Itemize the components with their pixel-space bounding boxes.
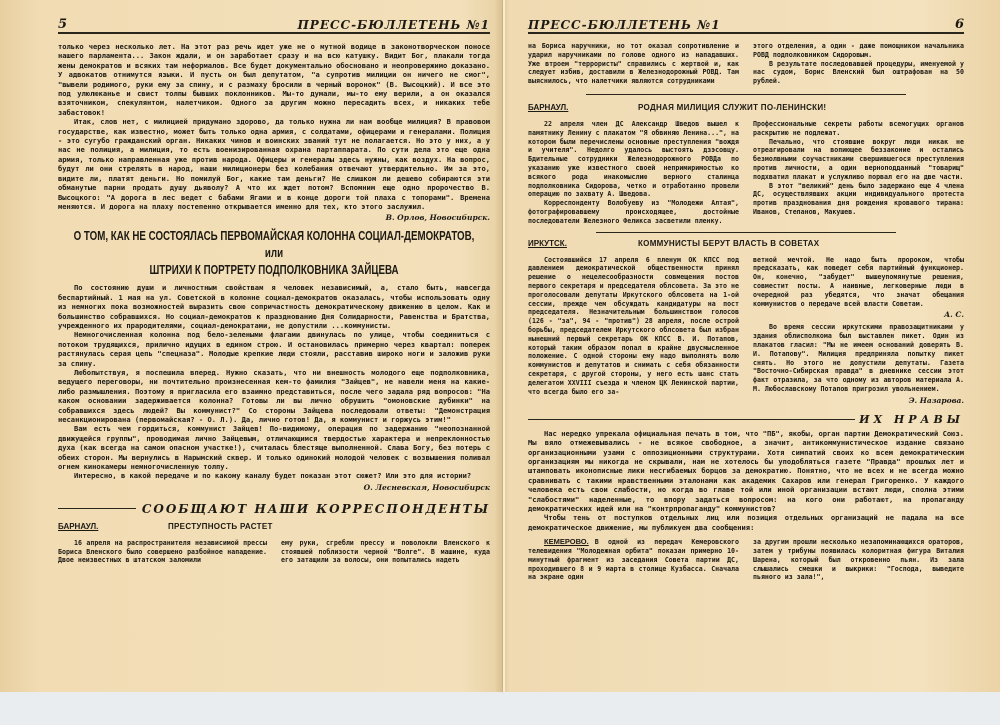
divider	[528, 419, 855, 420]
report-dateline: БАРНАУЛ. ПРЕСТУПНОСТЬ РАСТЕТ	[58, 522, 490, 531]
divider	[596, 232, 896, 233]
newspaper-spread: 5 ПРЕСС-БЮЛЛЕТЕНЬ №1 только через нескол…	[0, 0, 1000, 692]
right-page: ПРЕСС-БЮЛЛЕТЕНЬ №1 6 на Бориса наручники…	[528, 14, 964, 582]
continued-column-2: В результате последовавшей процедуры, им…	[753, 60, 964, 86]
report-city: КЕМЕРОВО.	[544, 537, 589, 546]
left-page: 5 ПРЕСС-БЮЛЛЕТЕНЬ №1 только через нескол…	[58, 14, 490, 565]
running-header: ПРЕСС-БЮЛЛЕТЕНЬ №1 6	[528, 14, 964, 34]
report-signature: Э. Назарова.	[753, 396, 964, 405]
report-city: ИРКУТСК.	[528, 239, 638, 248]
report-paragraph: В этот "великий" день было задержано еще…	[753, 182, 964, 217]
article-paragraph: Немногочисленная колонна под бело-зелены…	[58, 330, 490, 368]
report-column-1: 16 апреля на распространителя независимо…	[58, 539, 267, 565]
divider	[586, 94, 906, 95]
report-columns: Состоявшийся 17 апреля 6 пленум ОК КПСС …	[528, 256, 964, 409]
article-paragraph: Вам есть чем гордиться, коммунист Зайцев…	[58, 424, 490, 471]
section-header: ИХ НРАВЫ	[528, 413, 964, 426]
report-columns: 16 апреля на распространителя независимо…	[58, 539, 490, 565]
report-signature: А. С.	[753, 310, 964, 319]
article-paragraph: По состоянию души и личностным свойствам…	[58, 283, 490, 330]
headline-line: ШТРИХИ К ПОРТРЕТУ ПОДПОЛКОВНИКА ЗАЙЦЕВА	[67, 262, 482, 279]
report-dateline: ИРКУТСК. КОММУНИСТЫ БЕРУТ ВЛАСТЬ В СОВЕТ…	[528, 239, 964, 248]
article-paragraph: Интересно, в какой передаче и по какому …	[58, 471, 490, 480]
continued-columns: на Бориса наручники, но тот оказал сопро…	[528, 42, 964, 86]
page-fold	[503, 0, 505, 692]
report-paragraph: Во время сессии иркутскими правозащитник…	[753, 323, 964, 393]
report-paragraph: Корреспонденту Волобуеву из "Молодежи Ал…	[528, 199, 739, 225]
mores-paragraph: Чтобы тень от поступков отдельных лиц ил…	[528, 513, 964, 532]
article-headline: О ТОМ, КАК НЕ СОСТОЯЛАСЬ ПЕРВОМАЙСКАЯ КО…	[67, 228, 482, 279]
report-paragraph: 22 апреля член ДС Александр Шведов вышел…	[528, 120, 739, 199]
kemerovo-columns: КЕМЕРОВО.В одной из передач Кемеровского…	[528, 538, 964, 582]
section-title: ИХ НРАВЫ	[859, 413, 964, 426]
intro-paragraph: только через несколько лет. На этот раз …	[58, 42, 490, 117]
report-paragraph: ветной мечтой. Не надо быть пророком, чт…	[753, 256, 964, 309]
running-title: ПРЕСС-БЮЛЛЕТЕНЬ №1	[528, 18, 721, 32]
divider	[58, 508, 136, 509]
section-header: СООБЩАЮТ НАШИ КОРРЕСПОНДЕНТЫ	[58, 502, 490, 516]
report-title: РОДНАЯ МИЛИЦИЯ СЛУЖИТ ПО-ЛЕНИНСКИ!	[638, 103, 826, 112]
report-title: ПРЕСТУПНОСТЬ РАСТЕТ	[168, 522, 273, 531]
report-paragraph: Печально, что стоявшие вокруг люди никак…	[753, 138, 964, 182]
report-dateline: БАРНАУЛ. РОДНАЯ МИЛИЦИЯ СЛУЖИТ ПО-ЛЕНИНС…	[528, 103, 964, 112]
mores-paragraph: Нас нередко упрекала официальная печать …	[528, 429, 964, 514]
page-number: 6	[955, 17, 964, 32]
page-number: 5	[58, 17, 67, 32]
intro-paragraph: Итак, слов нет, с милицией придумано здо…	[58, 117, 490, 211]
report-title: КОММУНИСТЫ БЕРУТ ВЛАСТЬ В СОВЕТАХ	[638, 239, 819, 248]
report-city: БАРНАУЛ.	[528, 103, 638, 112]
headline-line: О ТОМ, КАК НЕ СОСТОЯЛАСЬ ПЕРВОМАЙСКАЯ КО…	[67, 228, 482, 262]
continued-column-1: на Бориса наручники, но тот оказал сопро…	[528, 42, 739, 86]
kemerovo-column-2: за другим прошли несколько незапоминающи…	[753, 538, 964, 582]
report-columns: 22 апреля член ДС Александр Шведов вышел…	[528, 120, 964, 226]
article-paragraph: Любопытствуя, я поспешила вперед. Нужно …	[58, 368, 490, 424]
report-paragraph: Профессиональные секреты работы всемогущ…	[753, 120, 964, 138]
intro-signature: В. Орлов, Новосибирск.	[58, 213, 490, 222]
running-title: ПРЕСС-БЮЛЛЕТЕНЬ №1	[297, 18, 490, 32]
article-signature: О. Лесневская, Новосибирск	[58, 483, 490, 492]
report-paragraph: Состоявшийся 17 апреля 6 пленум ОК КПСС …	[528, 256, 739, 397]
report-city: БАРНАУЛ.	[58, 522, 168, 531]
section-title: СООБЩАЮТ НАШИ КОРРЕСПОНДЕНТЫ	[142, 502, 490, 516]
continued-column-2: этого отделения, а один - даже помощнико…	[753, 42, 964, 60]
report-column-2: ему руки, сгребли прессу и поволокли Вле…	[281, 539, 490, 565]
running-header: 5 ПРЕСС-БЮЛЛЕТЕНЬ №1	[58, 14, 490, 34]
